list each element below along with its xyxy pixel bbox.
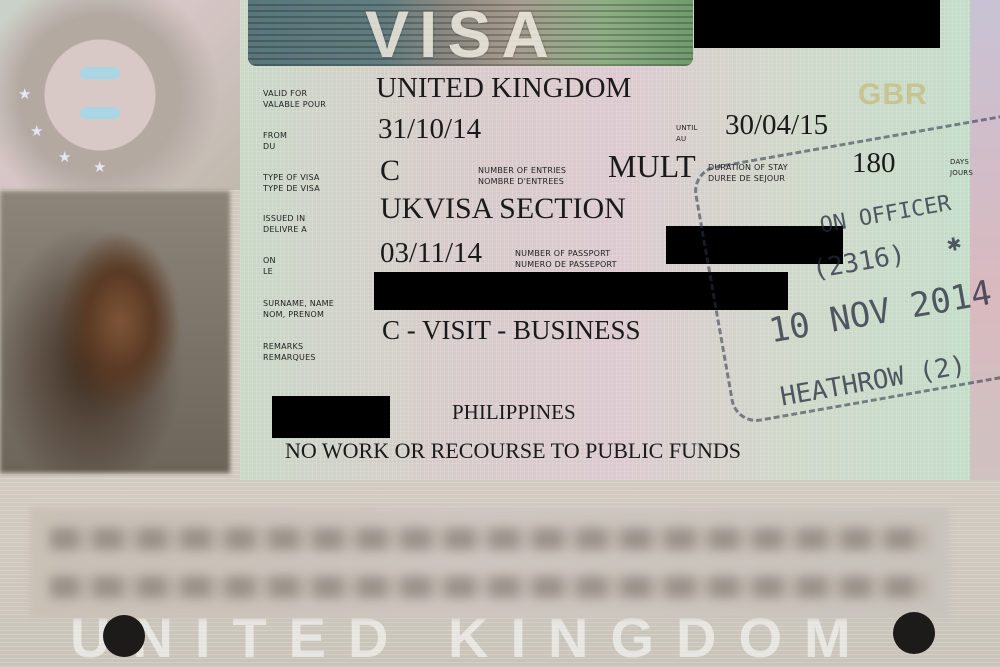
mrz-line (50, 576, 930, 598)
label-until: UNTILAU (676, 123, 698, 145)
blurred-holder-photo (0, 191, 230, 473)
stamp-overlap (680, 224, 843, 262)
value-remarks: C - VISIT - BUSINESS (382, 315, 641, 346)
punch-hole (893, 612, 935, 654)
value-condition: NO WORK OR RECOURSE TO PUBLIC FUNDS (285, 438, 741, 464)
star-icon: ★ (93, 158, 106, 176)
value-until: 30/04/15 (725, 109, 828, 142)
label-surname-name: SURNAME, NAMENOM, PRENOM (263, 298, 334, 320)
label-remarks: REMARKSREMARQUES (263, 341, 316, 363)
value-valid-for: UNITED KINGDOM (376, 72, 631, 105)
hologram-bar-bottom (80, 107, 120, 119)
country-code: GBR (858, 78, 928, 112)
value-issued-in: UKVISA SECTION (380, 192, 626, 226)
value-nationality: PHILIPPINES (452, 400, 576, 425)
blurred-machine-readable-zone (30, 508, 950, 618)
punch-hole (103, 615, 145, 657)
value-issued-on: 03/11/14 (380, 237, 482, 270)
redaction-box (694, 0, 940, 48)
label-issued-in: ISSUED INDELIVRE A (263, 213, 307, 235)
star-icon: ★ (58, 148, 71, 166)
value-number-of-entries: MULT (608, 148, 696, 185)
value-type-of-visa: C (380, 154, 400, 188)
star-icon: ★ (30, 122, 43, 140)
hologram-seal: ★ ★ ★ ★ (0, 0, 245, 190)
label-type-of-visa: TYPE OF VISATYPE DE VISA (263, 172, 320, 194)
mrz-line (50, 528, 930, 550)
hologram-bar-top (80, 67, 120, 79)
label-on: ONLE (263, 255, 276, 277)
label-valid-for: VALID FORVALABLE POUR (263, 88, 326, 110)
label-passport-number: NUMBER OF PASSPORTNUMERO DE PASSEPORT (515, 248, 617, 270)
value-from: 31/10/14 (378, 113, 481, 146)
redaction-box (272, 396, 390, 438)
visa-banner-text: VISA (365, 0, 559, 72)
star-icon: ★ (18, 85, 31, 103)
label-number-of-entries: NUMBER OF ENTRIESNOMBRE D'ENTREES (478, 165, 566, 187)
label-from: FROMDU (263, 130, 287, 152)
